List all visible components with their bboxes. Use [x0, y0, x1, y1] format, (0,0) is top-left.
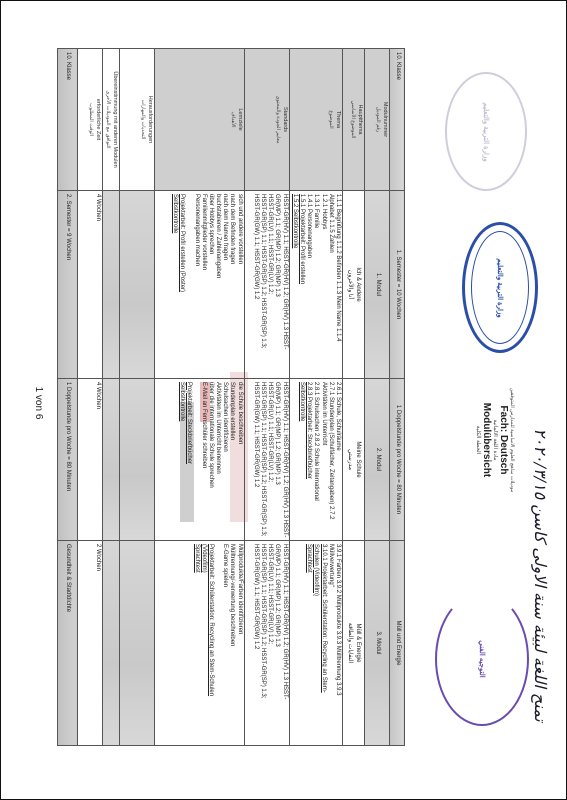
table-header-row: 10. Klasse 1. Semester = 10 Wochen 1 Dop…	[390, 49, 405, 746]
module-3-standards: HSST-GR(HV) 1.1; HSST-GR(HV) 1.2; GR(HV)…	[244, 541, 289, 746]
cell-line: Projektarbeit: Schülerstation: Recycling…	[207, 544, 214, 742]
cell-line: HSST-GR(LV) 1.1; HSST-GR(LV) 1.2;	[266, 544, 273, 742]
table-row-uebereinstimmung: Übereinstimmung mit anderen Modulenالتوا…	[102, 49, 119, 746]
cell-line: Personenangaben machen	[192, 194, 199, 375]
cell-line: 1.5.1 Projektarbeit: Profil erstellen	[298, 194, 305, 375]
header-col3: Müll und Energie	[390, 541, 405, 746]
cell-line: 2.7.1 Stundenplan (Schulfächer, Zeitanga…	[327, 382, 334, 537]
cell-line: Alphabet 1.1.5 Zahlen	[327, 194, 334, 375]
cell-line: Schulsachen identifizieren	[221, 382, 228, 537]
header-doppelstunde: 1 Doppelstunde pro Woche = 80 Minuten	[390, 379, 405, 541]
cell-line: Projektarbeit: Steckbriefbücher	[185, 382, 192, 537]
cell-line: Müllprodukte/Farben identifizieren	[236, 544, 243, 742]
header-klasse: 10. Klasse	[390, 49, 405, 191]
module-3-thema: 3.9.1 Farben 3.9.2 Müllprodukte 3.9.3 Mü…	[289, 541, 342, 746]
module-2-lernziele: die Schule beschreibenStundenplan erstel…	[154, 379, 244, 541]
cell-line: HSST-GR(GW) 1.1; HSST-GR(GW) 1.2	[252, 544, 259, 742]
cell-line: HSST-GR(SP) 1.1; HSST-GR(SP) 1.2; HSST-G…	[259, 194, 266, 375]
label-hauptthema: Hauptthemaالموضوع الأساسي	[343, 49, 365, 191]
cell-line: HSST-GR(LV) 1.1; HSST-GR(LV) 1.2;	[266, 194, 273, 375]
cell-line: GR(MP) 1.1; GR(MP) 1.2; GR(MP) 1.3	[273, 544, 280, 742]
cell-line: 1.1.1 Begrüßung 1.1.2 Befinden 1.1.3 Mei…	[334, 194, 341, 375]
cell-line: Projektarbeit: Profil erstellen (Poster)	[178, 194, 185, 375]
module-1-lernziele: sich und andere vorstellennach dem Befin…	[154, 191, 244, 379]
cell-line: Aktivitäten im Unterricht	[319, 382, 326, 537]
subject-title: Fach: Deutsch	[498, 340, 509, 540]
module-1-standards: HSST-GR(HV) 1.1; HSST-GR(HV) 1.2; GR(HV)…	[244, 191, 289, 379]
table-row-herausforderungen: Herausforderungenالتحديات والمهارات	[119, 49, 154, 746]
cell-line	[214, 544, 221, 742]
cell-line: E-Game spielen	[221, 544, 228, 742]
cell-line: Selbstkontrolle	[178, 382, 185, 537]
module-2-zeit: 4 Wochen	[77, 379, 102, 541]
cell-line: nach dem Namen fragen	[221, 194, 228, 375]
module-3-hauptthema: Müll & Energieالنفايات والطاقة	[343, 541, 365, 746]
module-2-number: 2. Modul	[365, 379, 390, 541]
module-1-hauptthema: Ich & Andereأنا والآخرون	[343, 191, 365, 379]
cell-line: HSST-GR(HV) 1.1; HSST-GR(HV) 1.2; GR(HV)…	[281, 382, 288, 537]
label-lernziele: Lernzieleالأهداف	[154, 49, 244, 191]
table-row-standards: Standardsمعايير الجودة والمحتوى HSST-GR(…	[244, 49, 289, 746]
signature-stamp: التوجيه الفني	[435, 592, 529, 726]
handwritten-note: تمنح اللغة لبيئة سنة الاولى كاسن ٢٠٢٠/٣/…	[525, 380, 555, 770]
cell-line: GR(MP) 1.1; GR(MP) 1.2; GR(MP) 1.3	[273, 194, 280, 375]
cell-line: Selbstkontrolle	[298, 382, 305, 537]
cell-line: HSST-GR(GW) 1.1; HSST-GR(GW) 1.2	[252, 382, 259, 537]
arabic-subtitle: موديلات مناهج العلوم الاساسية للمدارس ال…	[509, 340, 515, 540]
table-row-lernziele: Lernzieleالأهداف sich und andere vorstel…	[154, 49, 244, 746]
subject-title-ar: مادة اللغة الالمانية	[492, 340, 498, 540]
label-modulnummer: Modulnummerرقم الموديل	[365, 49, 390, 191]
module-3-uebereinstimmung	[102, 541, 119, 746]
module-2-standards: HSST-GR(HV) 1.1; HSST-GR(HV) 1.2; GR(HV)…	[244, 379, 289, 541]
handwritten-text: تمنح اللغة لبيئة سنة الاولى كاسن ٢٠٢٠/٣/…	[525, 380, 555, 770]
module-overview-table-container: 10. Klasse 1. Semester = 10 Wochen 1 Dop…	[68, 48, 405, 745]
cell-line: HSST-GR(GW) 1.1; HSST-GR(GW) 1.2	[252, 194, 259, 375]
cell-line: HSST-GR(LV) 1.1; HSST-GR(LV) 1.2;	[266, 382, 273, 537]
cell-line: (Videofilm)	[200, 544, 207, 742]
faded-stamp: وزارة التربية والتعليم	[445, 72, 527, 191]
cell-line: 3.10.1 Projektarbeit: Schülerstation: Re…	[319, 544, 326, 742]
module-2-hauptthema: Meine Schuleمدرستي	[343, 379, 365, 541]
label-thema: Themaالموضوع	[289, 49, 342, 191]
cell-line: Schulen (Videofilm)	[312, 544, 319, 742]
cell-line: über die internationale Schule sprechen	[207, 382, 214, 537]
table-row-modulnummer: Modulnummerرقم الموديل 1. Modul 2. Modul…	[365, 49, 390, 746]
module-1-thema: 1.1.1 Begrüßung 1.1.2 Befinden 1.1.3 Mei…	[289, 191, 342, 379]
module-1-herausforderungen	[119, 191, 154, 379]
cell-line: GR(MP) 1.1; GR(MP) 1.2; GR(MP) 1.3	[273, 382, 280, 537]
cell-line: 3.9.1 Farben 3.9.2 Müllprodukte 3.9.3 Mü…	[334, 544, 341, 742]
cell-line: buchstabieren / Zahlenangaben	[214, 194, 221, 375]
cell-line: 1.3.1 Familie	[312, 194, 319, 375]
cell-line: 1.4.1 Personenangaben	[305, 194, 312, 375]
cell-line: die Schule beschreiben	[236, 382, 243, 537]
page-number: 1 von 6	[30, 378, 44, 428]
cell-line: Aktivitäten im Unterricht benennen	[214, 382, 221, 537]
cell-line: Familienmitglieder vorstellen	[200, 194, 207, 375]
header-semester: 1. Semester = 10 Wochen	[390, 191, 405, 379]
cell-line: HSST-GR(SP) 1.1; HSST-GR(SP) 1.2; HSST-G…	[259, 544, 266, 742]
table-row-hauptthema: Hauptthemaالموضوع الأساسي Ich & Andereأن…	[343, 49, 365, 746]
official-stamp: وزارة التربية والتعليم	[462, 222, 538, 353]
cell-line: sich und andere vorstellen	[236, 194, 243, 375]
module-1-zeit: 4 Wochen	[77, 191, 102, 379]
module-overview-table: 10. Klasse 1. Semester = 10 Wochen 1 Dop…	[57, 48, 405, 746]
label-zeit: erforderliche Zeitالوقت المطلوب	[77, 49, 102, 191]
cell-line: Müllverwertung"	[327, 544, 334, 742]
page-title-ar: الخطة الكلية	[475, 340, 481, 540]
module-2-herausforderungen	[119, 379, 154, 541]
cell-line: Mülltrennung/-verwertung beschreiben	[228, 544, 235, 742]
label-standards: Standardsمعايير الجودة والمحتوى	[244, 49, 289, 191]
table-row-zeit: erforderliche Zeitالوقت المطلوب 4 Wochen…	[77, 49, 102, 746]
footer-klasse: 10. Klasse	[57, 49, 77, 191]
cell-line: Selbstkontrolle	[171, 194, 178, 375]
cell-line: HSST-GR(SP) 1.1; HSST-GR(SP) 1.2; HSST-G…	[259, 382, 266, 537]
table-row-thema: Themaالموضوع 1.1.1 Begrüßung 1.1.2 Befin…	[289, 49, 342, 746]
cell-line: Stundenplan erstellen	[228, 382, 235, 537]
cell-line	[185, 194, 192, 375]
module-3-number: 3. Modul	[365, 541, 390, 746]
cell-line: Sprachtest	[192, 544, 199, 742]
label-uebereinstimmung: Übereinstimmung mit anderen Modulenالتوا…	[102, 49, 119, 191]
cell-line: 1.2.1 Hobbys	[319, 194, 326, 375]
cell-line: 2.8.3 Projektarbeit: Steckbriefbücher	[305, 382, 312, 537]
page-number-text: 1 von 6	[30, 378, 44, 428]
cell-line: HSST-GR(HV) 1.1; HSST-GR(HV) 1.2; GR(HV)…	[281, 194, 288, 375]
table-footer-row: 10. Klasse 2. Semester = 9 Wochen 1 Dopp…	[57, 49, 77, 746]
cell-line: Sprachtest	[305, 544, 312, 742]
footer-semester: 2. Semester = 9 Wochen	[57, 191, 77, 379]
module-3-lernziele: Müllprodukte/Farben identifizierenMülltr…	[154, 541, 244, 746]
stamp-text: وزارة التربية والتعليم	[496, 238, 504, 338]
cell-line: über Hobbys sprechen	[207, 194, 214, 375]
module-1-number: 1. Modul	[365, 191, 390, 379]
cell-line: nach dem Befinden fragen	[228, 194, 235, 375]
cell-line: 1.5.2 Selbstkontrolle	[291, 194, 298, 375]
module-2-thema: 2.6.1 Schule, Schulräume2.7.1 Stundenpla…	[289, 379, 342, 541]
cell-line: E-Mail an Fernschüler schreiben	[200, 382, 207, 537]
cell-line: 2.8.1 Schulsachen 2.8.2 Schule internati…	[312, 382, 319, 537]
stamp-text: التوجيه الفني	[478, 609, 486, 709]
module-3-zeit: 2 Wochen	[77, 541, 102, 746]
cell-line: HSST-GR(HV) 1.1; HSST-GR(HV) 1.2; GR(HV)…	[281, 544, 288, 742]
module-2-uebereinstimmung	[102, 379, 119, 541]
footer-col3: Gesundheit & Stadtdichte	[57, 541, 77, 746]
label-herausforderungen: Herausforderungenالتحديات والمهارات	[119, 49, 154, 191]
footer-doppelstunde: 1 Doppelstunde pro Woche = 80 Minuten	[57, 379, 77, 541]
document-title-block: موديلات مناهج العلوم الاساسية للمدارس ال…	[435, 340, 515, 540]
module-1-uebereinstimmung	[102, 191, 119, 379]
module-3-herausforderungen	[119, 541, 154, 746]
page-title: Modulübersicht	[481, 340, 492, 540]
cell-line	[192, 382, 199, 537]
cell-line: 2.6.1 Schule, Schulräume	[334, 382, 341, 537]
stamp-text: وزارة التربية والتعليم	[482, 82, 490, 182]
